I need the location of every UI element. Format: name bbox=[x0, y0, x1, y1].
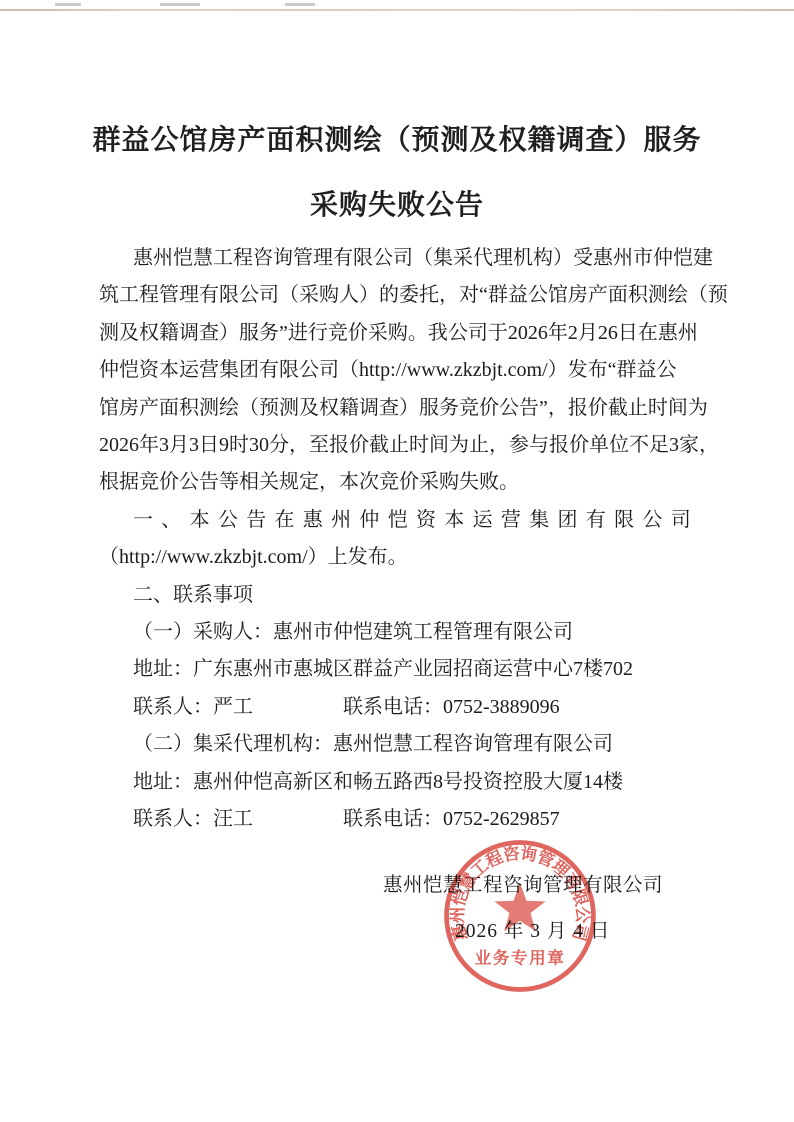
agency-contact-row: 联系人：汪工 联系电话：0752-2629857 bbox=[99, 801, 701, 838]
agency-contact-person: 联系人：汪工 bbox=[133, 801, 343, 838]
scan-artifact-mark bbox=[285, 3, 315, 6]
section1-publish-line2: （http://www.zkzbjt.com/）上发布。 bbox=[99, 539, 701, 576]
company-seal-stamp: 惠州恺慧工程咨询管理有限公司 业务专用章 bbox=[439, 837, 601, 995]
body-line: 筑工程管理有限公司（采购人）的委托，对“群益公馆房产面积测绘（预 bbox=[99, 277, 701, 314]
document-title-line2: 采购失败公告 bbox=[0, 183, 794, 223]
section1-publish-line1: 一、本公告在惠州仲恺资本运营集团有限公司 bbox=[99, 502, 701, 539]
document-title-line1: 群益公馆房产面积测绘（预测及权籍调查）服务 bbox=[0, 118, 794, 158]
body-line: 惠州恺慧工程咨询管理有限公司（集采代理机构）受惠州市仲恺建 bbox=[99, 240, 701, 277]
scan-artifact-mark bbox=[160, 3, 200, 6]
purchaser-title: （一）采购人：惠州市仲恺建筑工程管理有限公司 bbox=[99, 614, 701, 651]
seal-star-icon bbox=[494, 883, 545, 932]
seal-bottom-text: 业务专用章 bbox=[475, 947, 566, 967]
section2-header: 二、联系事项 bbox=[99, 577, 701, 614]
scan-artifact-mark bbox=[55, 3, 81, 6]
agency-address: 地址：惠州仲恺高新区和畅五路西8号投资控股大厦14楼 bbox=[99, 764, 701, 801]
body-line: 馆房产面积测绘（预测及权籍调查）服务竞价公告”，报价截止时间为 bbox=[99, 390, 701, 427]
purchaser-contact-person: 联系人：严工 bbox=[133, 689, 343, 726]
purchaser-address: 地址：广东惠州市惠城区群益产业园招商运营中心7楼702 bbox=[99, 651, 701, 688]
body-line: 2026年3月3日9时30分，至报价截止时间为止，参与报价单位不足3家， bbox=[99, 427, 701, 464]
purchaser-contact-phone: 联系电话：0752-3889096 bbox=[343, 689, 560, 726]
agency-title: （二）集采代理机构：惠州恺慧工程咨询管理有限公司 bbox=[99, 726, 701, 763]
body-line: 测及权籍调查）服务”进行竞价采购。我公司于2026年2月26日在惠州 bbox=[99, 315, 701, 352]
scan-artifact-line bbox=[0, 9, 794, 11]
agency-contact-phone: 联系电话：0752-2629857 bbox=[343, 801, 560, 838]
purchaser-contact-row: 联系人：严工 联系电话：0752-3889096 bbox=[99, 689, 701, 726]
body-line: 根据竞价公告等相关规定，本次竞价采购失败。 bbox=[99, 464, 701, 501]
document-page: 群益公馆房产面积测绘（预测及权籍调查）服务 采购失败公告 惠州恺慧工程咨询管理有… bbox=[0, 0, 794, 1122]
document-body: 惠州恺慧工程咨询管理有限公司（集采代理机构）受惠州市仲恺建 筑工程管理有限公司（… bbox=[99, 240, 701, 839]
body-line: 仲恺资本运营集团有限公司（http://www.zkzbjt.com/）发布“群… bbox=[99, 352, 701, 389]
